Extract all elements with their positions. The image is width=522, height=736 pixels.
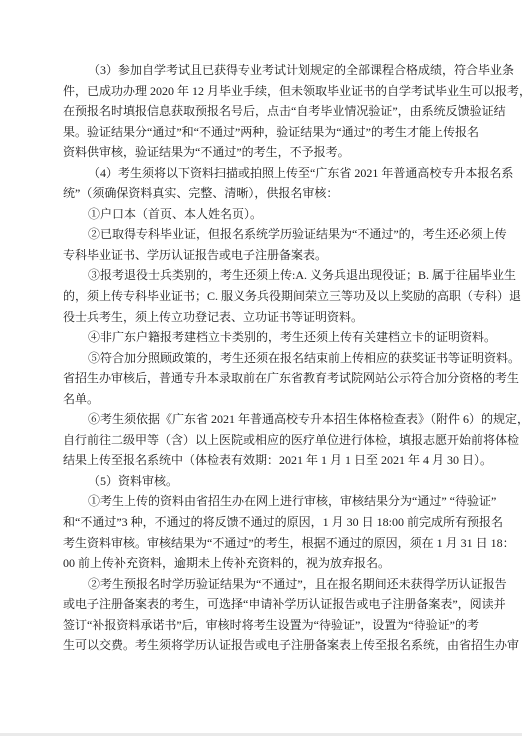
document-line: ①户口本（首页、本人姓名页）。 bbox=[63, 204, 461, 225]
document-line: ⑤符合加分照顾政策的，考生还须在报名结束前上传相应的获奖证书等证明资料。 bbox=[63, 348, 461, 369]
document-line: ②已取得专科毕业证，但报名系统学历验证结果为“不通过”的，考生还必须上传 bbox=[63, 224, 461, 245]
document-line: 在预报名时填报信息获取预报名号后，点击“自考毕业情况验证”，由系统反馈验证结 bbox=[63, 101, 461, 122]
document-line: ⑥考生须依据《广东省 2021 年普通高校专升本招生体格检查表》（附件 6）的规… bbox=[63, 409, 461, 430]
document-line: 省招生办审核后，普通专升本录取前在广东省教育考试院网站公示符合加分资格的考生 bbox=[63, 368, 461, 389]
document-line: 资料供审核，验证结果为“不通过”的考生，不予报考。 bbox=[63, 142, 461, 163]
document-line: 统”（须确保资料真实、完整、清晰），供报名审核： bbox=[63, 183, 461, 204]
document-line: ①考生上传的资料由省招生办在网上进行审核，审核结果分为“通过” “待验证” bbox=[63, 491, 461, 512]
document-line: 签订“补报资料承诺书”后，审核时将考生设置为“待验证”，设置为“待验证”的考 bbox=[63, 615, 461, 636]
document-line: （3）参加自学考试且已获得专业考试计划规定的全部课程合格成绩，符合毕业条 bbox=[63, 60, 461, 81]
document-line: ③报考退役士兵类别的，考生还须上传:A. 义务兵退出现役证；B. 属于往届毕业生 bbox=[63, 265, 461, 286]
document-line: 果。验证结果分“通过”和“不通过”两种，验证结果为“通过”的考生才能上传报名 bbox=[63, 122, 461, 143]
document-line: 结果上传至报名系统中（体检表有效期：2021 年 1 月 1 日至 2021 年… bbox=[63, 450, 461, 471]
document-text-block: （3）参加自学考试且已获得专业考试计划规定的全部课程合格成绩，符合毕业条 件，已… bbox=[63, 60, 461, 656]
document-line: 考生资料审核。审核结果为“不通过”的考生，根据不通过的原因，须在 1 月 31 … bbox=[63, 533, 461, 554]
document-line: 件，已成功办理 2020 年 12 月毕业手续，但未领取毕业证书的自学考试毕业生… bbox=[63, 81, 461, 102]
document-line: 的，须上传专科毕业证书；C. 服义务兵役期间荣立三等功及以上奖励的高职（专科）退 bbox=[63, 286, 461, 307]
document-line: 或电子注册备案表的考生，可选择“申请补学历认证报告或电子注册备案表”，阅读并 bbox=[63, 594, 461, 615]
document-line: 生可以交费。考生须将学历认证报告或电子注册备案表上传至报名系统，由省招生办审 bbox=[63, 635, 461, 656]
document-line: 役士兵考生，须上传立功登记表、立功证书等证明资料。 bbox=[63, 307, 461, 328]
document-page: （3）参加自学考试且已获得专业考试计划规定的全部课程合格成绩，符合毕业条 件，已… bbox=[0, 0, 522, 736]
document-line: 和“不通过”3 种，不通过的将反馈不通过的原因，1 月 30 日 18:00 前… bbox=[63, 512, 461, 533]
document-line: 专科毕业证书、学历认证报告或电子注册备案表。 bbox=[63, 245, 461, 266]
document-line: 自行前往二级甲等（含）以上医院或相应的医疗单位进行体检，填报志愿开始前将体检 bbox=[63, 430, 461, 451]
document-line: （4）考生须将以下资料扫描或拍照上传至“广东省 2021 年普通高校专升本报名系 bbox=[63, 163, 461, 184]
document-line: ④非广东户籍报考建档立卡类别的，考生还须上传有关建档立卡的证明资料。 bbox=[63, 327, 461, 348]
document-line: 名单。 bbox=[63, 389, 461, 410]
document-line: ②考生预报名时学历验证结果为“不通过”，且在报名期间还未获得学历认证报告 bbox=[63, 574, 461, 595]
document-line: （5）资料审核。 bbox=[63, 471, 461, 492]
document-line: 00 前上传补充资料，逾期未上传补充资料的，视为放弃报名。 bbox=[63, 553, 461, 574]
